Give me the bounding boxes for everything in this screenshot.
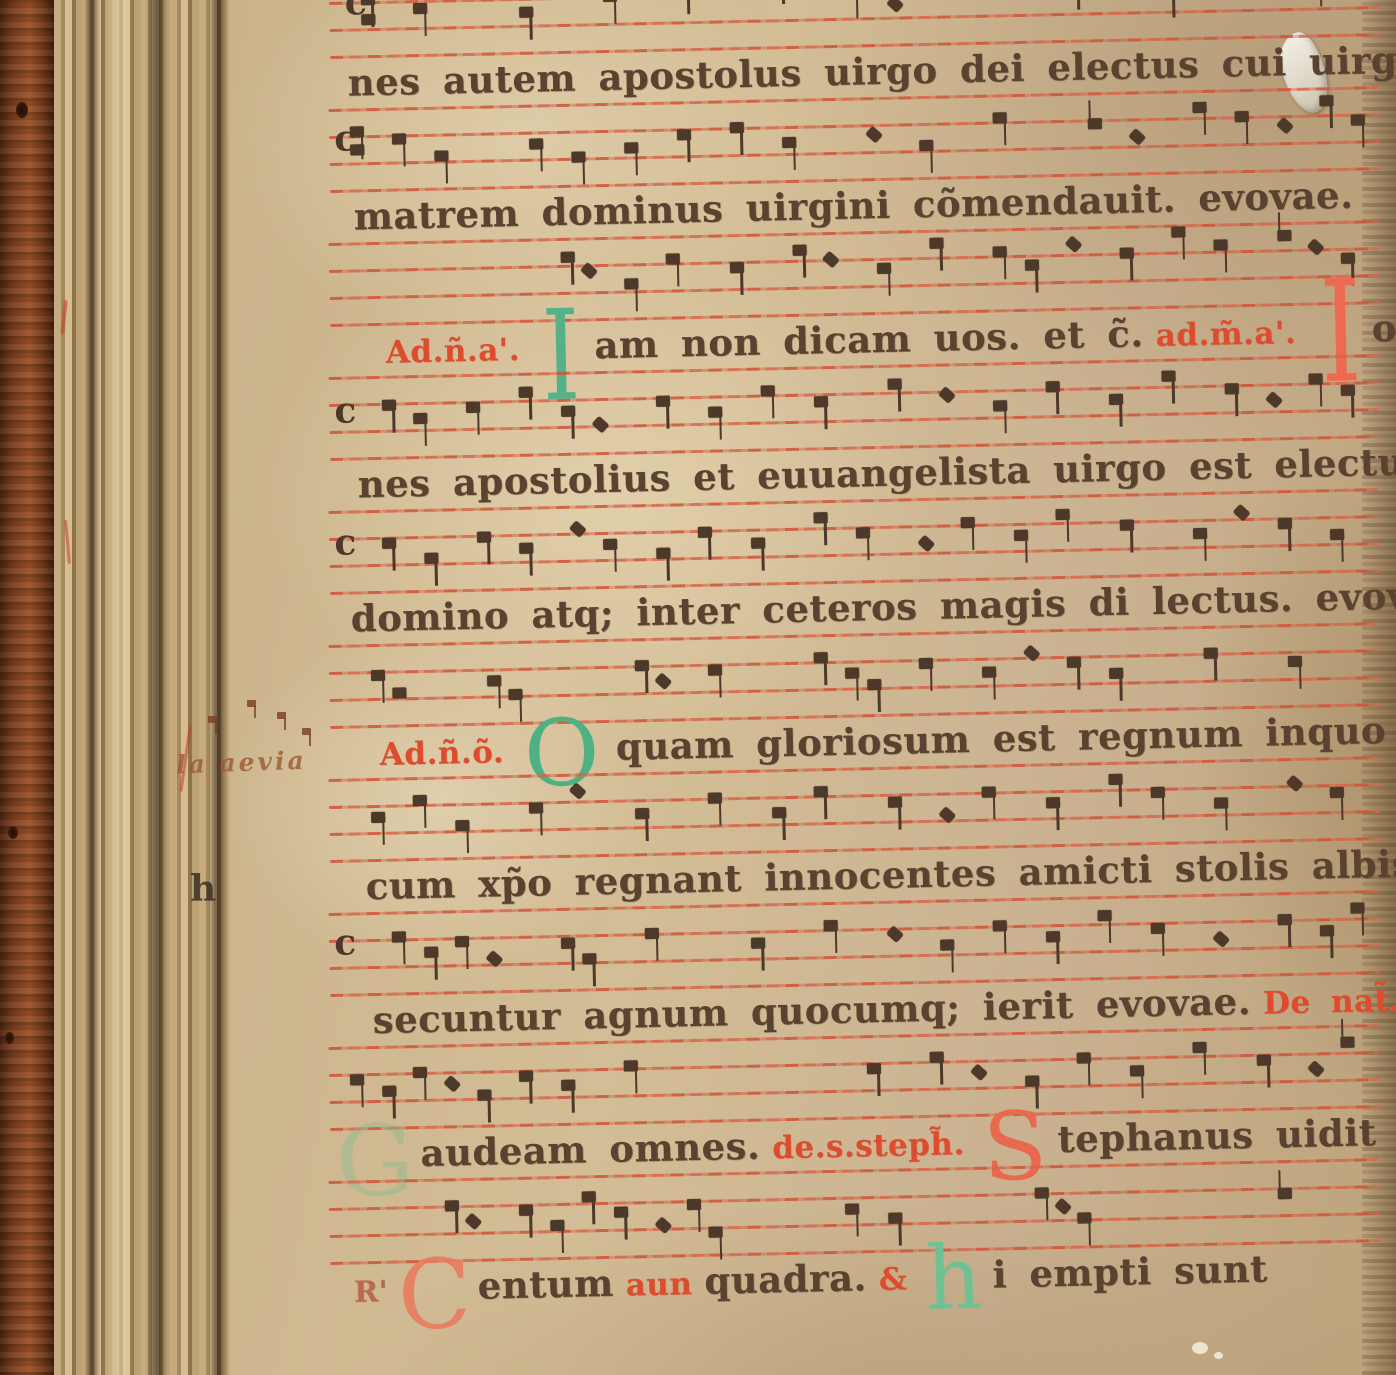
neume-mark bbox=[1351, 114, 1365, 125]
rubric-text: & bbox=[878, 1261, 907, 1298]
neume-mark bbox=[645, 928, 659, 939]
neume-mark bbox=[940, 939, 954, 950]
neume-mark bbox=[729, 122, 743, 133]
neume-mark bbox=[443, 1075, 461, 1093]
edge-groove bbox=[208, 0, 228, 1375]
neume-mark bbox=[477, 1089, 491, 1100]
neume-mark bbox=[1098, 910, 1112, 921]
neume-mark bbox=[1014, 530, 1028, 541]
neume-mark bbox=[961, 517, 975, 528]
neume-mark bbox=[624, 278, 638, 289]
staff-line bbox=[330, 6, 1380, 32]
neume-mark bbox=[1025, 260, 1039, 271]
neume-mark bbox=[487, 675, 501, 686]
neume-mark bbox=[1330, 787, 1344, 798]
neume-mark bbox=[519, 1071, 533, 1082]
neume-mark bbox=[1330, 529, 1344, 540]
neume-mark bbox=[435, 150, 449, 161]
neume-mark bbox=[1214, 797, 1228, 808]
neume-mark bbox=[1225, 383, 1239, 394]
rubric-text: ad.m̃.a'. bbox=[1155, 315, 1296, 354]
neume-mark bbox=[424, 947, 438, 958]
neume-mark bbox=[1276, 117, 1294, 135]
edge-highlight bbox=[104, 0, 134, 1375]
neume-mark bbox=[371, 812, 385, 823]
neume-mark bbox=[813, 652, 827, 663]
neume-mark bbox=[1035, 1187, 1049, 1198]
neume-mark bbox=[761, 385, 775, 396]
neume-mark bbox=[993, 920, 1007, 931]
rubric-text: de.s.steph̃. bbox=[772, 1126, 965, 1166]
neume-mark bbox=[382, 400, 396, 411]
neume-mark bbox=[751, 938, 765, 949]
staff-line bbox=[329, 113, 1379, 139]
marginal-neume bbox=[247, 700, 256, 707]
neume-mark bbox=[561, 406, 575, 417]
staff-line bbox=[330, 1212, 1380, 1238]
neume-mark bbox=[856, 527, 870, 538]
neume-mark bbox=[561, 1080, 575, 1091]
neume-mark bbox=[1078, 1212, 1092, 1223]
rubric-text: De nat̃. bbox=[1263, 983, 1396, 1022]
neume-mark bbox=[1130, 1065, 1144, 1076]
staff-line bbox=[329, 1051, 1379, 1077]
neume-mark bbox=[656, 396, 670, 407]
neume-mark bbox=[603, 539, 617, 550]
neume-mark bbox=[887, 797, 901, 808]
neume-mark bbox=[1056, 509, 1070, 520]
neume-mark bbox=[382, 538, 396, 549]
staff-line bbox=[330, 810, 1380, 836]
neume-mark bbox=[824, 920, 838, 931]
neume-mark bbox=[993, 246, 1007, 257]
chant-text: tephanus uidit bbox=[1057, 1110, 1377, 1161]
neume-mark bbox=[1077, 1052, 1091, 1063]
neume-mark bbox=[1119, 247, 1133, 258]
staff-line bbox=[329, 247, 1379, 273]
neume-mark bbox=[582, 1191, 596, 1202]
neume-mark bbox=[1203, 648, 1217, 659]
marginal-neume bbox=[302, 728, 311, 735]
illuminated-initial: G bbox=[336, 1161, 415, 1163]
neume-mark bbox=[845, 667, 859, 678]
neume-mark bbox=[887, 379, 901, 390]
neume-mark bbox=[1320, 925, 1334, 936]
neume-mark bbox=[1193, 1042, 1207, 1053]
neume-mark bbox=[455, 936, 469, 947]
neume-mark bbox=[413, 3, 427, 14]
neume-mark bbox=[560, 252, 574, 263]
leather-spine bbox=[0, 0, 54, 1375]
wormhole bbox=[5, 1032, 14, 1044]
neume-mark bbox=[1193, 528, 1207, 539]
neume-mark bbox=[654, 672, 672, 690]
neume-mark bbox=[360, 0, 374, 5]
neume-mark bbox=[413, 1067, 427, 1078]
neume-mark bbox=[654, 1216, 672, 1234]
neume-mark bbox=[709, 406, 723, 417]
neume-mark bbox=[1277, 914, 1291, 925]
neume-mark bbox=[466, 402, 480, 413]
neume-mark bbox=[445, 1200, 459, 1211]
chant-text-line: R'Centumaunquadra.&hi empti sunt bbox=[345, 1247, 1268, 1311]
neume-mark bbox=[1128, 128, 1146, 146]
neume-mark bbox=[751, 538, 765, 549]
neume-mark bbox=[888, 1213, 902, 1224]
neume-mark bbox=[1025, 1076, 1039, 1087]
neume-mark bbox=[1288, 656, 1302, 667]
neume-mark bbox=[1351, 902, 1365, 913]
neume-mark bbox=[1277, 1188, 1291, 1199]
neume-mark bbox=[392, 133, 406, 144]
neume-mark bbox=[1064, 236, 1082, 254]
neume-mark bbox=[1256, 1054, 1270, 1065]
manuscript-photo: la aevia h cnes autem apostolus uirgo de… bbox=[0, 0, 1396, 1375]
neume-mark bbox=[371, 670, 385, 681]
neume-mark bbox=[919, 140, 933, 151]
neume-mark bbox=[1054, 1198, 1072, 1216]
neume-mark bbox=[393, 687, 407, 698]
neume-mark bbox=[635, 808, 649, 819]
neume-mark bbox=[382, 1086, 396, 1097]
staff-line bbox=[330, 274, 1380, 300]
chant-text: entum bbox=[477, 1261, 614, 1308]
illuminated-initial: C bbox=[398, 1294, 472, 1296]
staff-line bbox=[330, 140, 1380, 166]
neume-mark bbox=[1151, 787, 1165, 798]
neume-mark bbox=[772, 807, 786, 818]
neume-mark bbox=[509, 689, 523, 700]
rubric-text: aun bbox=[625, 1266, 692, 1303]
chant-text: i empti sunt bbox=[992, 1247, 1268, 1297]
neume-mark bbox=[624, 1060, 638, 1071]
neume-mark bbox=[1309, 373, 1323, 384]
neume-mark bbox=[519, 1205, 533, 1216]
neume-mark bbox=[572, 151, 586, 162]
edge-groove bbox=[146, 0, 168, 1375]
margin-note-letter: h bbox=[190, 868, 216, 910]
neume-mark bbox=[1109, 668, 1123, 679]
neume-mark bbox=[814, 396, 828, 407]
neume-mark bbox=[1119, 519, 1133, 530]
illuminated-initial: O bbox=[524, 753, 600, 755]
neume-mark bbox=[919, 658, 933, 669]
neume-mark bbox=[1046, 797, 1060, 808]
neume-mark bbox=[822, 251, 840, 269]
neume-mark bbox=[456, 820, 470, 831]
illuminated-initial: S bbox=[983, 1147, 1048, 1148]
neume-mark bbox=[866, 1063, 880, 1074]
chant-text: quadra. bbox=[704, 1255, 867, 1303]
chant-text: am non dicam uos. et c̃. bbox=[594, 311, 1144, 367]
neume-mark bbox=[634, 660, 648, 671]
neume-mark bbox=[993, 400, 1007, 411]
neume-mark bbox=[529, 138, 543, 149]
neume-mark bbox=[603, 0, 617, 2]
neume-mark bbox=[1109, 394, 1123, 405]
neume-mark bbox=[993, 112, 1007, 123]
neume-mark bbox=[792, 245, 806, 256]
neume-mark bbox=[1307, 1060, 1325, 1078]
page-edge-stack bbox=[54, 0, 230, 1375]
neume-mark bbox=[1193, 102, 1207, 113]
margin-note-alleluia: la aevia bbox=[176, 746, 308, 780]
neume-mark bbox=[666, 253, 680, 264]
neume-mark bbox=[519, 7, 533, 18]
neume-mark bbox=[709, 1226, 723, 1237]
illuminated-initial: I bbox=[1320, 331, 1362, 332]
wormhole bbox=[8, 826, 18, 839]
neume-mark bbox=[970, 1064, 988, 1082]
neume-mark bbox=[938, 386, 956, 404]
neume-mark bbox=[1277, 518, 1291, 529]
neume-mark bbox=[865, 126, 883, 144]
marginal-neume bbox=[277, 712, 286, 719]
neume-mark bbox=[813, 786, 827, 797]
rubric-text: R' bbox=[353, 1274, 388, 1309]
neume-mark bbox=[1235, 111, 1249, 122]
neume-mark bbox=[424, 553, 438, 564]
neume-mark bbox=[929, 1052, 943, 1063]
neume-mark bbox=[1046, 931, 1060, 942]
neume-mark bbox=[350, 144, 364, 155]
neume-mark bbox=[1214, 239, 1228, 250]
neume-mark bbox=[1341, 385, 1355, 396]
neume-mark bbox=[476, 531, 490, 542]
neume-mark bbox=[708, 792, 722, 803]
illuminated-initial: h bbox=[925, 1278, 982, 1279]
music-area: cnes autem apostolus uirgo dei electus c… bbox=[330, 0, 1384, 1375]
neume-mark bbox=[677, 129, 691, 140]
neume-mark bbox=[1088, 118, 1102, 129]
neume-mark bbox=[1265, 391, 1283, 409]
neume-mark bbox=[845, 1203, 859, 1214]
neume-mark bbox=[1213, 930, 1231, 948]
neume-mark bbox=[656, 548, 670, 559]
neume-mark bbox=[1067, 657, 1081, 668]
neume-mark bbox=[1286, 775, 1304, 793]
neume-mark bbox=[561, 938, 575, 949]
neume-mark bbox=[361, 14, 375, 25]
rubric-text: Ad.ñ.õ. bbox=[379, 734, 504, 773]
neume-mark bbox=[982, 666, 996, 677]
neume-mark bbox=[1340, 1037, 1354, 1048]
neume-mark bbox=[886, 0, 904, 13]
neume-mark bbox=[350, 1074, 364, 1085]
staff-line bbox=[329, 0, 1379, 5]
neume-mark bbox=[813, 512, 827, 523]
neume-mark bbox=[413, 795, 427, 806]
neume-mark bbox=[413, 413, 427, 424]
neume-mark bbox=[1319, 95, 1333, 106]
neume-mark bbox=[614, 1206, 628, 1217]
neume-mark bbox=[698, 527, 712, 538]
neume-mark bbox=[350, 126, 364, 137]
neume-mark bbox=[1045, 381, 1059, 392]
staff-line bbox=[329, 381, 1379, 407]
music-system: R'Centumaunquadra.&hi empti sunt bbox=[328, 1158, 1385, 1331]
neume-mark bbox=[708, 664, 722, 675]
neume-mark bbox=[929, 238, 943, 249]
neume-mark bbox=[529, 802, 543, 813]
neume-mark bbox=[918, 535, 936, 553]
neume-mark bbox=[392, 931, 406, 942]
neume-mark bbox=[687, 1199, 701, 1210]
neume-mark bbox=[1161, 371, 1175, 382]
neume-mark bbox=[867, 679, 881, 690]
wormhole bbox=[16, 102, 28, 118]
neume-mark bbox=[518, 387, 532, 398]
staff-line bbox=[330, 408, 1380, 434]
rubric-text: Ad.ñ.a'. bbox=[385, 332, 520, 371]
neume-mark bbox=[582, 953, 596, 964]
neume-mark bbox=[551, 1220, 565, 1231]
neume-mark bbox=[591, 416, 609, 434]
neume-mark bbox=[729, 262, 743, 273]
edge-groove bbox=[84, 0, 100, 1375]
neume-mark bbox=[1277, 230, 1291, 241]
neume-mark bbox=[624, 142, 638, 153]
neume-mark bbox=[1171, 226, 1185, 237]
neume-mark bbox=[519, 543, 533, 554]
neume-mark bbox=[464, 1213, 482, 1231]
chant-text: ohan bbox=[1371, 304, 1396, 350]
neume-mark bbox=[877, 263, 891, 274]
illuminated-initial: I bbox=[542, 356, 580, 357]
neume-mark bbox=[982, 786, 996, 797]
marginal-neume bbox=[208, 716, 217, 723]
neume-mark bbox=[1108, 774, 1122, 785]
chant-text: audeam omnes. bbox=[420, 1124, 761, 1175]
neume-mark bbox=[782, 137, 796, 148]
neume-mark bbox=[1151, 923, 1165, 934]
neume-mark bbox=[569, 782, 587, 800]
